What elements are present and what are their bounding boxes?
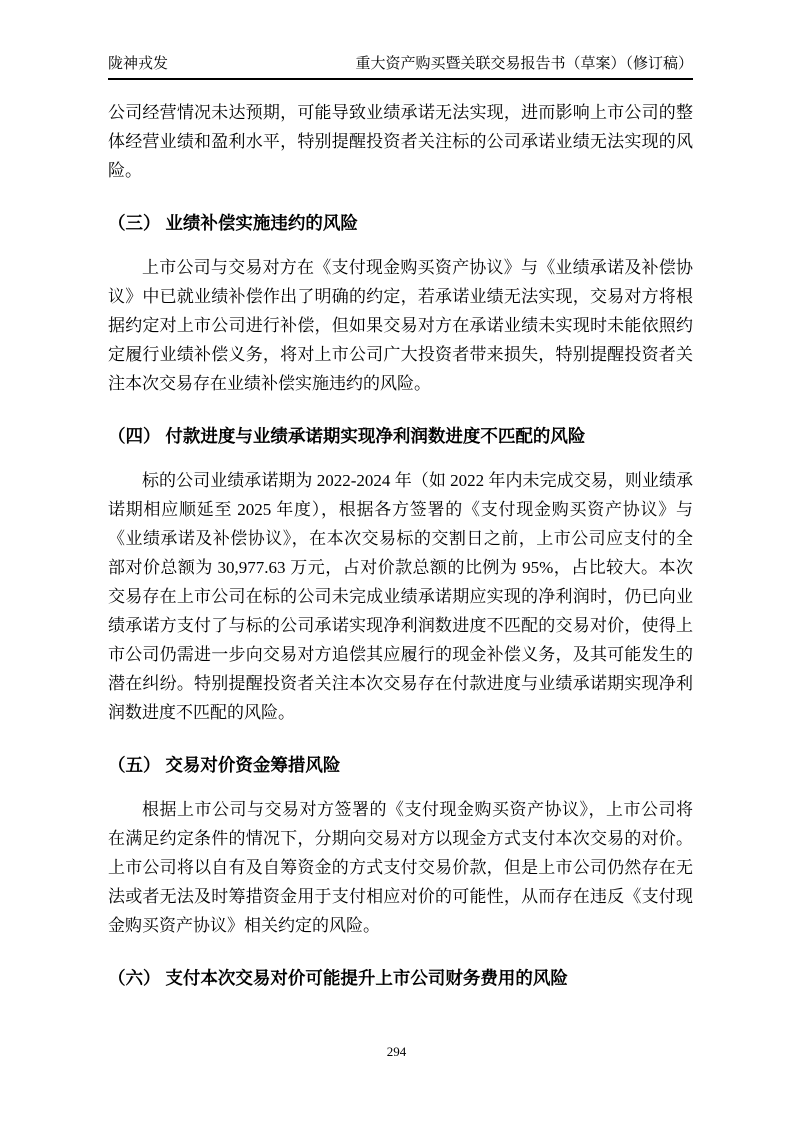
section-heading-5: （五） 交易对价资金筹措风险 [108,753,693,778]
paragraph-section-5: 根据上市公司与交易对方签署的《支付现金购买资产协议》，上市公司将在满足约定条件的… [108,795,693,940]
paragraph-section-3: 上市公司与交易对方在《支付现金购买资产协议》与《业绩承诺及补偿协议》中已就业绩补… [108,253,693,398]
document-content: 公司经营情况未达预期，可能导致业绩承诺无法实现，进而影响上市公司的整体经营业绩和… [108,98,693,991]
document-page: 陇神戎发 重大资产购买暨关联交易报告书（草案）（修订稿） 公司经营情况未达预期，… [0,0,793,1122]
header-company-name: 陇神戎发 [108,54,168,74]
section-heading-3: （三） 业绩补偿实施违约的风险 [108,211,693,236]
section-heading-6: （六） 支付本次交易对价可能提升上市公司财务费用的风险 [108,966,693,991]
paragraph-continuation: 公司经营情况未达预期，可能导致业绩承诺无法实现，进而影响上市公司的整体经营业绩和… [108,98,693,185]
paragraph-section-4: 标的公司业绩承诺期为 2022-2024 年（如 2022 年内未完成交易，则业… [108,466,693,727]
page-header: 陇神戎发 重大资产购买暨关联交易报告书（草案）（修订稿） [108,54,693,80]
header-report-title: 重大资产购买暨关联交易报告书（草案）（修订稿） [355,54,693,74]
section-heading-4: （四） 付款进度与业绩承诺期实现净利润数进度不匹配的风险 [108,424,693,449]
page-number: 294 [387,1044,407,1059]
page-footer: 294 [0,1044,793,1060]
